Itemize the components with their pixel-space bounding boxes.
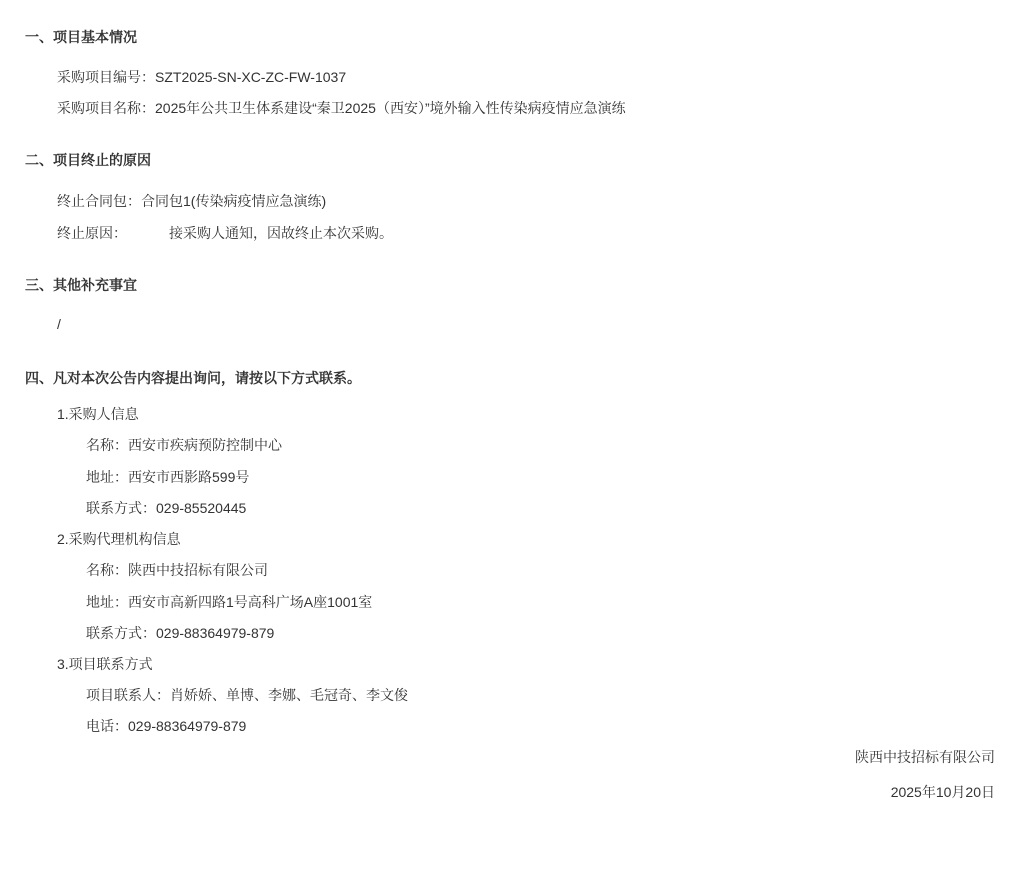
section-basic-info-heading: 一、项目基本情况 [25,28,995,46]
agency-contact: 联系方式：029-88364979-879 [86,624,995,642]
project-name: 采购项目名称：2025年公共卫生体系建设“秦卫2025（西安）”境外输入性传染病… [57,99,995,117]
project-number: 采购项目编号：SZT2025-SN-XC-ZC-FW-1037 [57,68,995,86]
agency-address: 地址：西安市高新四路1号高科广场A座1001室 [86,593,995,611]
section-other-matters-heading: 三、其他补充事宜 [25,276,995,294]
signature-company: 陕西中技招标有限公司 [25,748,995,766]
terminated-package: 终止合同包：合同包1(传染病疫情应急演练) [57,192,995,210]
purchaser-address: 地址：西安市西影路599号 [86,468,995,486]
project-contact-persons: 项目联系人：肖娇娇、单博、李娜、毛冠奇、李文俊 [86,686,995,704]
project-contact-phone: 电话：029-88364979-879 [86,717,995,735]
section-termination-reason-heading: 二、项目终止的原因 [25,151,995,169]
purchaser-contact: 联系方式：029-85520445 [86,499,995,517]
other-matters-content: / [57,315,995,333]
agency-name: 名称：陕西中技招标有限公司 [86,561,995,579]
termination-reason-label: 终止原因： [57,225,127,241]
notice-document: 一、项目基本情况 采购项目编号：SZT2025-SN-XC-ZC-FW-1037… [0,0,1019,801]
signature-date: 2025年10月20日 [25,783,995,801]
notice-page: 一、项目基本情况 采购项目编号：SZT2025-SN-XC-ZC-FW-1037… [0,0,1019,873]
agency-info-title: 2.采购代理机构信息 [57,530,995,548]
purchaser-name: 名称：西安市疾病预防控制中心 [86,436,995,454]
project-contact-title: 3.项目联系方式 [57,655,995,673]
section-contact-heading: 四、凡对本次公告内容提出询问，请按以下方式联系。 [25,369,995,387]
termination-reason-text: 接采购人通知，因故终止本次采购。 [169,225,393,241]
termination-reason-line: 终止原因：接采购人通知，因故终止本次采购。 [57,224,995,242]
purchaser-info-title: 1.采购人信息 [57,405,995,423]
